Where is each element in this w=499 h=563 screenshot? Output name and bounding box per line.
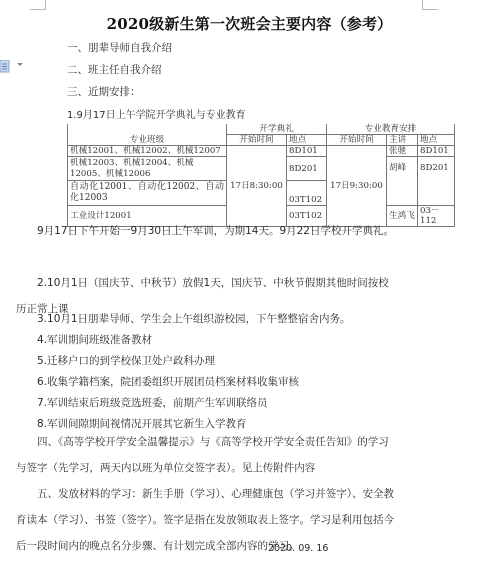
table-cell-class: 机械12003、机械12004、机械12005、机械12006	[68, 157, 227, 181]
header-education: 专业教育安排	[327, 124, 455, 135]
section-2: 二、班主任自我介绍	[67, 62, 162, 77]
header-lecturer: 主讲	[387, 135, 418, 146]
table-cell-class: 自动化12001、自动化12002、自动化12003	[68, 181, 227, 206]
header-ceremony: 开学典礼	[227, 124, 327, 135]
paragraph-household: 5.迁移户口的到学校保卫处户政科办理	[37, 353, 215, 368]
table-cell-location: 03T102	[287, 181, 327, 206]
table-cell-lecturer: 胡峰	[387, 157, 418, 206]
paragraph-safety: 四、《高等学校开学安全温馨提示》与《高等学校开学安全责任告知》的学习与签字（先学…	[16, 429, 396, 481]
item-1: 1.9月17日上午学院开学典礼与专业教育	[67, 106, 246, 121]
table-cell-lecturer: 张驰	[387, 146, 418, 157]
table-cell-class: 机械12001、机械12002、机械12007	[68, 146, 227, 157]
paste-options-dropdown-icon[interactable]	[17, 63, 23, 66]
table-cell-edu-location: 8D101	[418, 146, 455, 157]
table-cell-location: 8D101	[287, 146, 327, 157]
section-3: 三、近期安排：	[67, 84, 141, 99]
header-edu-location: 地点	[418, 135, 455, 146]
header-location: 地点	[287, 135, 327, 146]
paragraph-campus-tour: 3.10月1日朋辈导师、学生会上午组织游校园，下午整整宿舍内务。	[37, 311, 351, 326]
paragraph-military-training: 9月17日下午开始一9月30日上午军训，为期14天。9月22日学校开学典礼。	[16, 218, 396, 244]
education-time: 17日9:30:00	[327, 146, 387, 227]
paste-options-icon[interactable]	[0, 58, 10, 71]
paragraph-archives: 6.收集学籍档案，院团委组织开展团员档案材料收集审核	[37, 374, 299, 389]
table-cell-edu-location: 8D201	[418, 157, 455, 206]
ceremony-time: 17日8:30:00	[227, 146, 287, 227]
header-edu-start-time: 开始时间	[327, 135, 387, 146]
page-corner-mark-right	[422, 0, 438, 10]
section-1: 一、朋辈导师自我介绍	[67, 40, 172, 55]
page-corner-mark-left	[30, 0, 46, 10]
table-cell-location: 8D201	[287, 157, 327, 181]
table-cell-edu-location: 03－112	[418, 206, 455, 227]
paragraph-textbooks: 4.军训期间班级准备教材	[37, 332, 152, 347]
header-start-time: 开始时间	[227, 135, 287, 146]
schedule-table: 专业班级 开学典礼 专业教育安排 开始时间 地点 开始时间 主讲 地点 机械12…	[67, 124, 455, 227]
header-class: 专业班级	[68, 124, 227, 146]
document-date: 2020. 09. 16	[268, 543, 328, 554]
document-title: 2020级新生第一次班会主要内容（参考）	[0, 13, 499, 34]
paragraph-materials: 五、发放材料的学习：新生手册（学习）、心理健康包（学习并签字）、安全教育读本（学…	[16, 481, 396, 559]
paragraph-class-election: 7.军训结束后班级竞选班委，前期产生军训联络员	[37, 395, 268, 410]
